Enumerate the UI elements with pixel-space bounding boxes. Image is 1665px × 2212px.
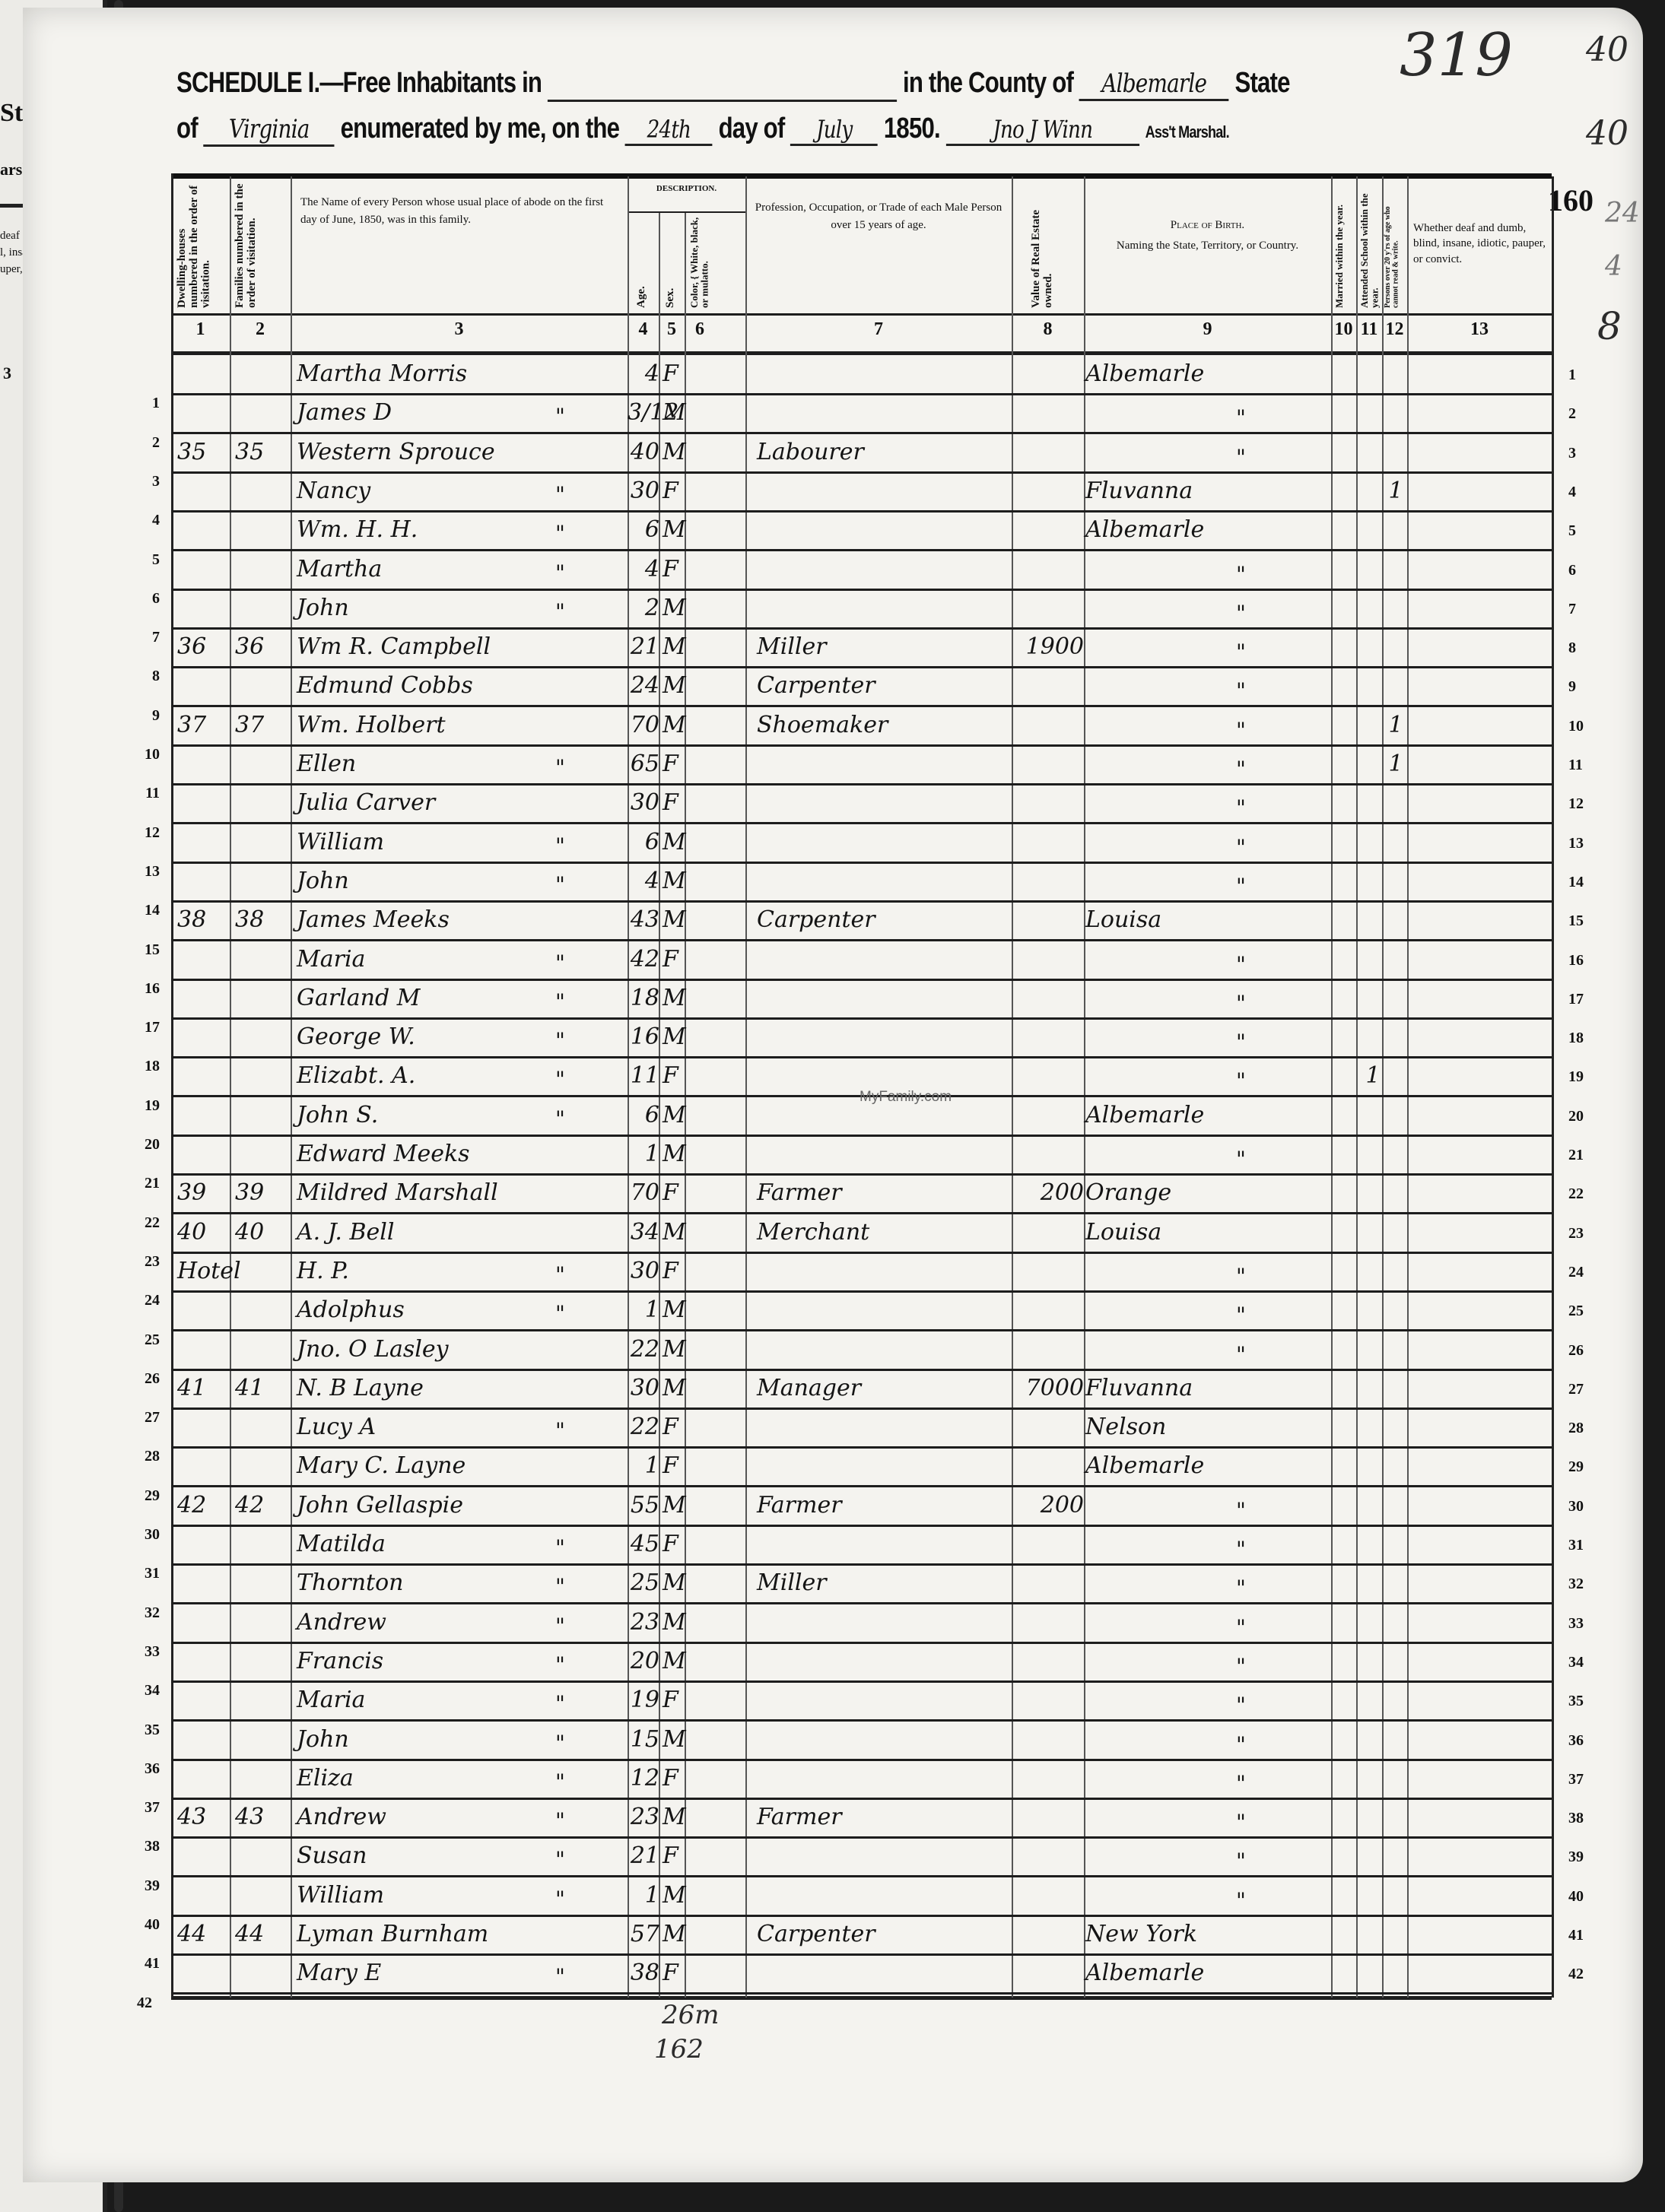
birthplace-ditto-mark: " xyxy=(1236,1849,1246,1874)
sex-value: F xyxy=(663,478,688,504)
sex-value: F xyxy=(663,1687,688,1713)
birthplace-ditto-mark: " xyxy=(1236,835,1246,860)
name-ditto-mark: " xyxy=(555,1028,565,1053)
person-name: Maria xyxy=(297,1687,616,1713)
person-name: Garland M xyxy=(297,985,616,1011)
col-number: 10 xyxy=(1331,319,1356,340)
occupation-value: Manager xyxy=(757,1375,1008,1401)
table-row: 16Garland M"18M"17 xyxy=(171,980,1552,1019)
printed-page-number: 160 xyxy=(1548,182,1594,218)
numbers-bottom-rule xyxy=(171,351,1552,355)
sex-value: F xyxy=(663,1452,688,1479)
table-row: 31Thornton"25MMiller"32 xyxy=(171,1565,1552,1604)
occupation-value: Farmer xyxy=(757,1804,1008,1830)
person-name: Matilda xyxy=(297,1531,616,1557)
line-number-left: 24 xyxy=(137,1292,160,1309)
table-row: 23535Western Sprouce40MLabourer"3 xyxy=(171,434,1552,473)
name-ditto-mark: " xyxy=(555,1964,565,1989)
col-number: 6 xyxy=(685,319,715,340)
county-value: Albemarle xyxy=(1079,68,1229,101)
dwelling-number: 36 xyxy=(177,633,230,660)
footer-note: 162 xyxy=(654,2034,704,2064)
table-row: 3Nancy"30FFluvanna14 xyxy=(171,473,1552,512)
occupation-value: Farmer xyxy=(757,1492,1008,1519)
line-number-left: 30 xyxy=(137,1526,160,1544)
line-number-right: 11 xyxy=(1568,757,1599,774)
col-number: 11 xyxy=(1356,319,1382,340)
table-row: 28Mary C. Layne1FAlbemarle29 xyxy=(171,1448,1552,1487)
person-name: Lyman Burnham xyxy=(297,1921,616,1947)
person-name: John xyxy=(297,868,616,894)
line-number-left: 38 xyxy=(137,1838,160,1855)
birthplace-ditto-mark: " xyxy=(1236,405,1246,430)
age-value: 23 xyxy=(628,1804,659,1830)
sex-value: M xyxy=(663,1141,688,1167)
line-number-right: 23 xyxy=(1568,1225,1599,1242)
line-number-left: 27 xyxy=(137,1409,160,1427)
age-value: 15 xyxy=(628,1726,659,1753)
line-number-right: 42 xyxy=(1568,1966,1599,1983)
name-ditto-mark: " xyxy=(555,1418,565,1443)
line-number-left: 12 xyxy=(137,824,160,842)
line-number-left: 10 xyxy=(137,746,160,763)
age-value: 40 xyxy=(628,439,659,465)
cannot-read-mark: 1 xyxy=(1384,712,1407,738)
line-number-right: 16 xyxy=(1568,952,1599,970)
name-ditto-mark: " xyxy=(555,482,565,507)
age-value: 23 xyxy=(628,1609,659,1636)
header-col9-title: Place of Birth. xyxy=(1095,217,1320,234)
line-number-left: 37 xyxy=(137,1799,160,1817)
margin-note: 4 xyxy=(1605,251,1622,282)
day-value: 24th xyxy=(625,115,713,146)
line-number-left: 22 xyxy=(137,1214,160,1232)
line-number-right: 41 xyxy=(1568,1927,1599,1944)
person-name: Wm R. Campbell xyxy=(297,633,616,660)
schedule-title-text: SCHEDULE I.—Free Inhabitants in xyxy=(176,67,542,99)
name-ditto-mark: " xyxy=(555,1301,565,1326)
sex-value: M xyxy=(663,829,688,855)
real-estate-value: 1900 xyxy=(1014,633,1084,660)
line-number-right: 38 xyxy=(1568,1810,1599,1827)
cannot-read-mark: 1 xyxy=(1384,478,1407,504)
person-name: Jno. O Lasley xyxy=(297,1336,616,1363)
birthplace-ditto-mark: " xyxy=(1236,1303,1246,1328)
of-label: of xyxy=(176,113,198,144)
line-number-left: 40 xyxy=(137,1916,160,1934)
sex-value: M xyxy=(663,1921,688,1947)
person-name: Francis xyxy=(297,1648,616,1674)
table-row: 32Andrew"23M"33 xyxy=(171,1604,1552,1643)
sex-value: F xyxy=(663,1062,688,1089)
sex-value: M xyxy=(663,712,688,738)
watermark: MyFamily.com xyxy=(860,1089,952,1106)
table-row: 10Ellen"65F"111 xyxy=(171,746,1552,785)
state-label: State xyxy=(1235,67,1290,99)
person-name: Mary E xyxy=(297,1960,616,1986)
age-value: 1 xyxy=(628,1452,659,1479)
day-of-label: day of xyxy=(719,113,785,144)
person-name: Andrew xyxy=(297,1804,616,1830)
age-value: 57 xyxy=(628,1921,659,1947)
header-col9: Naming the State, Territory, or Country. xyxy=(1095,237,1320,255)
birthplace-ditto-mark: " xyxy=(1236,1810,1246,1835)
header-col12: Persons over 20 y'rs of age who cannot r… xyxy=(1384,190,1406,308)
line-number-left: 9 xyxy=(137,707,160,725)
dwelling-number: 35 xyxy=(177,439,230,465)
line-number-right: 14 xyxy=(1568,874,1599,891)
line-number-left: 5 xyxy=(137,551,160,569)
line-number-right: 2 xyxy=(1568,405,1599,423)
margin-note: 40 xyxy=(1586,114,1628,153)
attended-school-mark: 1 xyxy=(1362,1062,1384,1089)
person-name: Mary C. Layne xyxy=(297,1452,616,1479)
sex-value: M xyxy=(663,1726,688,1753)
age-value: 25 xyxy=(628,1569,659,1596)
person-name: William xyxy=(297,829,616,855)
table-top-rule xyxy=(171,173,1552,179)
person-name: A. J. Bell xyxy=(297,1219,616,1246)
person-name: Mildred Marshall xyxy=(297,1179,616,1206)
line-number-left: 41 xyxy=(137,1955,160,1972)
birthplace-ditto-mark: " xyxy=(1236,1732,1246,1757)
line-number-left: 23 xyxy=(137,1253,160,1271)
birthplace-value: Albemarle xyxy=(1085,1102,1329,1128)
margin-note: 40 xyxy=(1586,30,1628,69)
sex-value: M xyxy=(663,595,688,621)
person-name: John Gellaspie xyxy=(297,1492,616,1519)
name-ditto-mark: " xyxy=(555,833,565,858)
dwelling-number: 37 xyxy=(177,712,230,738)
person-name: John S. xyxy=(297,1102,616,1128)
sex-value: M xyxy=(663,516,688,543)
person-name: Eliza xyxy=(297,1765,616,1791)
person-name: Edward Meeks xyxy=(297,1141,616,1167)
age-value: 38 xyxy=(628,1960,659,1986)
enumerated-label: enumerated by me, on the xyxy=(341,113,619,144)
name-ditto-mark: " xyxy=(555,950,565,976)
table-row: 30Matilda"45F"31 xyxy=(171,1526,1552,1565)
person-name: Susan xyxy=(297,1842,616,1869)
col-number: 7 xyxy=(745,319,1012,340)
age-value: 6 xyxy=(628,516,659,543)
age-value: 22 xyxy=(628,1414,659,1440)
table-bottom-rule xyxy=(171,1996,1552,2000)
col-number: 5 xyxy=(659,319,685,340)
table-row: 23HotelH. P."30F"24 xyxy=(171,1253,1552,1292)
description-rule xyxy=(628,211,745,213)
birthplace-ditto-mark: " xyxy=(1236,1615,1246,1640)
previous-page-col-number: 3 xyxy=(3,363,11,383)
person-name: Wm. H. H. xyxy=(297,516,616,543)
age-value: 1 xyxy=(628,1141,659,1167)
header-col13: Whether deaf and dumb, blind, insane, id… xyxy=(1413,221,1549,267)
sex-value: F xyxy=(663,1960,688,1986)
birthplace-ditto-mark: " xyxy=(1236,952,1246,977)
birthplace-ditto-mark: " xyxy=(1236,718,1246,743)
age-value: 30 xyxy=(628,1258,659,1284)
age-value: 16 xyxy=(628,1023,659,1050)
header-col10: Married within the year. xyxy=(1334,190,1355,308)
family-number: 43 xyxy=(235,1804,288,1830)
birthplace-ditto-mark: " xyxy=(1236,1576,1246,1601)
age-value: 18 xyxy=(628,985,659,1011)
sex-value: M xyxy=(663,906,688,933)
line-number-left: 15 xyxy=(137,941,160,959)
sex-value: M xyxy=(663,672,688,699)
age-value: 1 xyxy=(628,1882,659,1909)
table-row: 41Mary E"38FAlbemarle42 xyxy=(171,1955,1552,1994)
sex-value: M xyxy=(663,1023,688,1050)
line-number-left: 16 xyxy=(137,980,160,998)
month-value: July xyxy=(790,115,878,146)
county-label: in the County of xyxy=(903,67,1073,99)
line-number-left: 13 xyxy=(137,863,160,881)
birthplace-value: Fluvanna xyxy=(1085,478,1329,504)
line-number-right: 10 xyxy=(1568,718,1599,735)
name-ditto-mark: " xyxy=(555,1769,565,1795)
year-value: 1850. xyxy=(884,113,940,144)
table-row: 11Julia Carver30F"12 xyxy=(171,785,1552,824)
line-number-right: 8 xyxy=(1568,639,1599,657)
sex-value: M xyxy=(663,1296,688,1323)
line-number-left: 3 xyxy=(137,473,160,490)
name-ditto-mark: " xyxy=(555,1652,565,1677)
line-number-left: 2 xyxy=(137,434,160,452)
birthplace-value: Fluvanna xyxy=(1085,1375,1329,1401)
age-value: 20 xyxy=(628,1648,659,1674)
birthplace-ditto-mark: " xyxy=(1236,1498,1246,1523)
person-name: N. B Layne xyxy=(297,1375,616,1401)
line-number-left: 33 xyxy=(137,1643,160,1661)
age-value: 30 xyxy=(628,478,659,504)
line-number-right: 28 xyxy=(1568,1420,1599,1437)
age-value: 6 xyxy=(628,829,659,855)
family-number: 38 xyxy=(235,906,288,933)
line-number-left: 18 xyxy=(137,1058,160,1075)
table-row: 1James D"3/12M"2 xyxy=(171,395,1552,433)
birthplace-value: Nelson xyxy=(1085,1414,1329,1440)
table-row: 143838James Meeks43MCarpenterLouisa15 xyxy=(171,902,1552,941)
table-row: 4Wm. H. H."6MAlbemarle5 xyxy=(171,512,1552,551)
line-number-left: 26 xyxy=(137,1370,160,1388)
line-number-right: 7 xyxy=(1568,601,1599,618)
sex-value: M xyxy=(663,1804,688,1830)
line-number-right: 15 xyxy=(1568,912,1599,930)
person-name: Martha xyxy=(297,556,616,582)
age-value: 19 xyxy=(628,1687,659,1713)
name-ditto-mark: " xyxy=(555,1106,565,1131)
birthplace-value: Louisa xyxy=(1085,906,1329,933)
line-number-left: 14 xyxy=(137,902,160,919)
place-blank xyxy=(548,67,897,102)
name-ditto-mark: " xyxy=(555,1808,565,1833)
birthplace-ditto-mark: " xyxy=(1236,1693,1246,1718)
marshal-name: Jno J Winn xyxy=(946,115,1139,146)
header-bottom-rule xyxy=(171,313,1552,316)
line-number-left: 21 xyxy=(137,1175,160,1192)
line-number-left: 1 xyxy=(137,395,160,412)
header-col5: Sex. xyxy=(665,274,677,308)
age-value: 70 xyxy=(628,712,659,738)
name-ditto-mark: " xyxy=(555,521,565,546)
birthplace-value: Albemarle xyxy=(1085,1960,1329,1986)
sex-value: F xyxy=(663,1414,688,1440)
age-value: 4 xyxy=(628,868,659,894)
line-number-left: 25 xyxy=(137,1331,160,1349)
header-col11: Attended School within the year. xyxy=(1359,190,1381,308)
line-number-right: 31 xyxy=(1568,1537,1599,1554)
age-value: 4 xyxy=(628,556,659,582)
line-number-right: 4 xyxy=(1568,484,1599,501)
sex-value: M xyxy=(663,439,688,465)
real-estate-value: 200 xyxy=(1014,1492,1084,1519)
sex-value: M xyxy=(663,985,688,1011)
header-col8: Value of Real Estate owned. xyxy=(1031,190,1065,308)
age-value: 24 xyxy=(628,672,659,699)
col-number: 2 xyxy=(230,319,291,340)
line-number-right: 29 xyxy=(1568,1458,1599,1476)
line-number-right: 22 xyxy=(1568,1185,1599,1203)
dwelling-number: 43 xyxy=(177,1804,230,1830)
line-number-right: 33 xyxy=(1568,1615,1599,1633)
occupation-value: Shoemaker xyxy=(757,712,1008,738)
header-description: DESCRIPTION. xyxy=(631,182,742,195)
birthplace-value: Albemarle xyxy=(1085,360,1329,387)
person-name: John xyxy=(297,1726,616,1753)
line-number-right: 37 xyxy=(1568,1771,1599,1788)
family-number: 42 xyxy=(235,1492,288,1519)
line-number-right: 12 xyxy=(1568,795,1599,813)
table-row: 5Martha"4F"6 xyxy=(171,551,1552,590)
birthplace-ditto-mark: " xyxy=(1236,1654,1246,1679)
line-number-right: 27 xyxy=(1568,1381,1599,1398)
table-row: 374343Andrew"23MFarmer"38 xyxy=(171,1799,1552,1838)
table-row: 33Francis"20M"34 xyxy=(171,1643,1552,1682)
person-name: Adolphus xyxy=(297,1296,616,1323)
header-col6: Color, { White, black, or mulatto. xyxy=(689,217,720,308)
name-ditto-mark: " xyxy=(555,1535,565,1560)
birthplace-value: Albemarle xyxy=(1085,1452,1329,1479)
age-value: 65 xyxy=(628,751,659,777)
line-number-left: 20 xyxy=(137,1136,160,1154)
table-row: 213939Mildred Marshall70FFarmer200Orange… xyxy=(171,1175,1552,1214)
line-number-left: 4 xyxy=(137,512,160,529)
occupation-value: Miller xyxy=(757,633,1008,660)
age-value: 70 xyxy=(628,1179,659,1206)
line-number-left: 29 xyxy=(137,1487,160,1505)
table-row: 27Lucy A"22FNelson28 xyxy=(171,1409,1552,1448)
line-number-right: 26 xyxy=(1568,1342,1599,1360)
birthplace-ditto-mark: " xyxy=(1236,1888,1246,1913)
birthplace-ditto-mark: " xyxy=(1236,1537,1246,1562)
margin-note: 8 xyxy=(1597,304,1622,348)
line-number-right: 35 xyxy=(1568,1693,1599,1710)
stamped-page-number: 319 xyxy=(1400,21,1513,90)
table-row: 93737Wm. Holbert70MShoemaker"110 xyxy=(171,707,1552,746)
dwelling-number: 38 xyxy=(177,906,230,933)
table-row: 20Edward Meeks1M"21 xyxy=(171,1136,1552,1175)
line-number-right: 13 xyxy=(1568,835,1599,852)
line-number-right: 9 xyxy=(1568,678,1599,696)
line-number-left: 17 xyxy=(137,1019,160,1036)
table-row: 24Adolphus"1M"25 xyxy=(171,1292,1552,1331)
person-name: William xyxy=(297,1882,616,1909)
sex-value: F xyxy=(663,360,688,387)
person-name: Ellen xyxy=(297,751,616,777)
line-number-right: 17 xyxy=(1568,991,1599,1008)
row-rule xyxy=(171,1992,1552,1995)
person-name: George W. xyxy=(297,1023,616,1050)
sex-value: F xyxy=(663,1531,688,1557)
schedule-title: SCHEDULE I.—Free Inhabitants in in the C… xyxy=(176,67,1290,102)
enumeration-line: of Virginia enumerated by me, on the 24t… xyxy=(176,113,1229,147)
age-value: 55 xyxy=(628,1492,659,1519)
line-number-right: 40 xyxy=(1568,1888,1599,1906)
age-value: 43 xyxy=(628,906,659,933)
age-value: 2 xyxy=(628,595,659,621)
table-row: 8Edmund Cobbs24MCarpenter"9 xyxy=(171,668,1552,706)
line-number-right: 21 xyxy=(1568,1147,1599,1164)
table-row: 34Maria"19F"35 xyxy=(171,1682,1552,1721)
dwelling-number: 42 xyxy=(177,1492,230,1519)
birthplace-value: New York xyxy=(1085,1921,1329,1947)
line-number-right: 5 xyxy=(1568,522,1599,540)
table-row: 36Eliza"12F"37 xyxy=(171,1760,1552,1799)
line-number-right: 25 xyxy=(1568,1303,1599,1320)
dwelling-number: 40 xyxy=(177,1219,230,1246)
table-row: 25Jno. O Lasley22M"26 xyxy=(171,1331,1552,1370)
table-row: 294242John Gellaspie55MFarmer200"30 xyxy=(171,1487,1552,1526)
dwelling-number: 41 xyxy=(177,1375,230,1401)
table-row: 6John"2M"7 xyxy=(171,590,1552,629)
margin-note: 24 xyxy=(1605,198,1640,229)
birthplace-value: Orange xyxy=(1085,1179,1329,1206)
table-row: 224040A. J. Bell34MMerchantLouisa23 xyxy=(171,1214,1552,1253)
birthplace-ditto-mark: " xyxy=(1236,1771,1246,1796)
birthplace-ditto-mark: " xyxy=(1236,874,1246,899)
table-row: 17George W."16M"18 xyxy=(171,1019,1552,1058)
sex-value: M xyxy=(663,1648,688,1674)
header-col2: Families numbered in the order of visita… xyxy=(234,182,288,308)
line-number-right: 6 xyxy=(1568,562,1599,579)
age-value: 34 xyxy=(628,1219,659,1246)
person-name: Nancy xyxy=(297,478,616,504)
line-number-left: 11 xyxy=(137,785,160,802)
birthplace-value: Albemarle xyxy=(1085,516,1329,543)
sex-value: M xyxy=(663,1336,688,1363)
line-number-left: 35 xyxy=(137,1722,160,1739)
table-row: Martha Morris4FAlbemarle1 xyxy=(171,356,1552,395)
person-name: James Meeks xyxy=(297,906,616,933)
sex-value: M xyxy=(663,633,688,660)
header-col7: Profession, Occupation, or Trade of each… xyxy=(753,199,1004,235)
name-ditto-mark: " xyxy=(555,560,565,586)
name-ditto-mark: " xyxy=(555,872,565,897)
dwelling-number: 44 xyxy=(177,1921,230,1947)
header-col3: The Name of every Person whose usual pla… xyxy=(300,194,620,230)
table-row: 39William"1M"40 xyxy=(171,1877,1552,1916)
col-number: 8 xyxy=(1012,319,1084,340)
age-value: 21 xyxy=(628,633,659,660)
sex-value: F xyxy=(663,1179,688,1206)
name-ditto-mark: " xyxy=(555,1731,565,1756)
birthplace-ditto-mark: " xyxy=(1236,1068,1246,1093)
birthplace-ditto-mark: " xyxy=(1236,991,1246,1016)
line-number-left: 34 xyxy=(137,1682,160,1699)
line-number-right: 24 xyxy=(1568,1264,1599,1281)
person-name: Maria xyxy=(297,946,616,973)
